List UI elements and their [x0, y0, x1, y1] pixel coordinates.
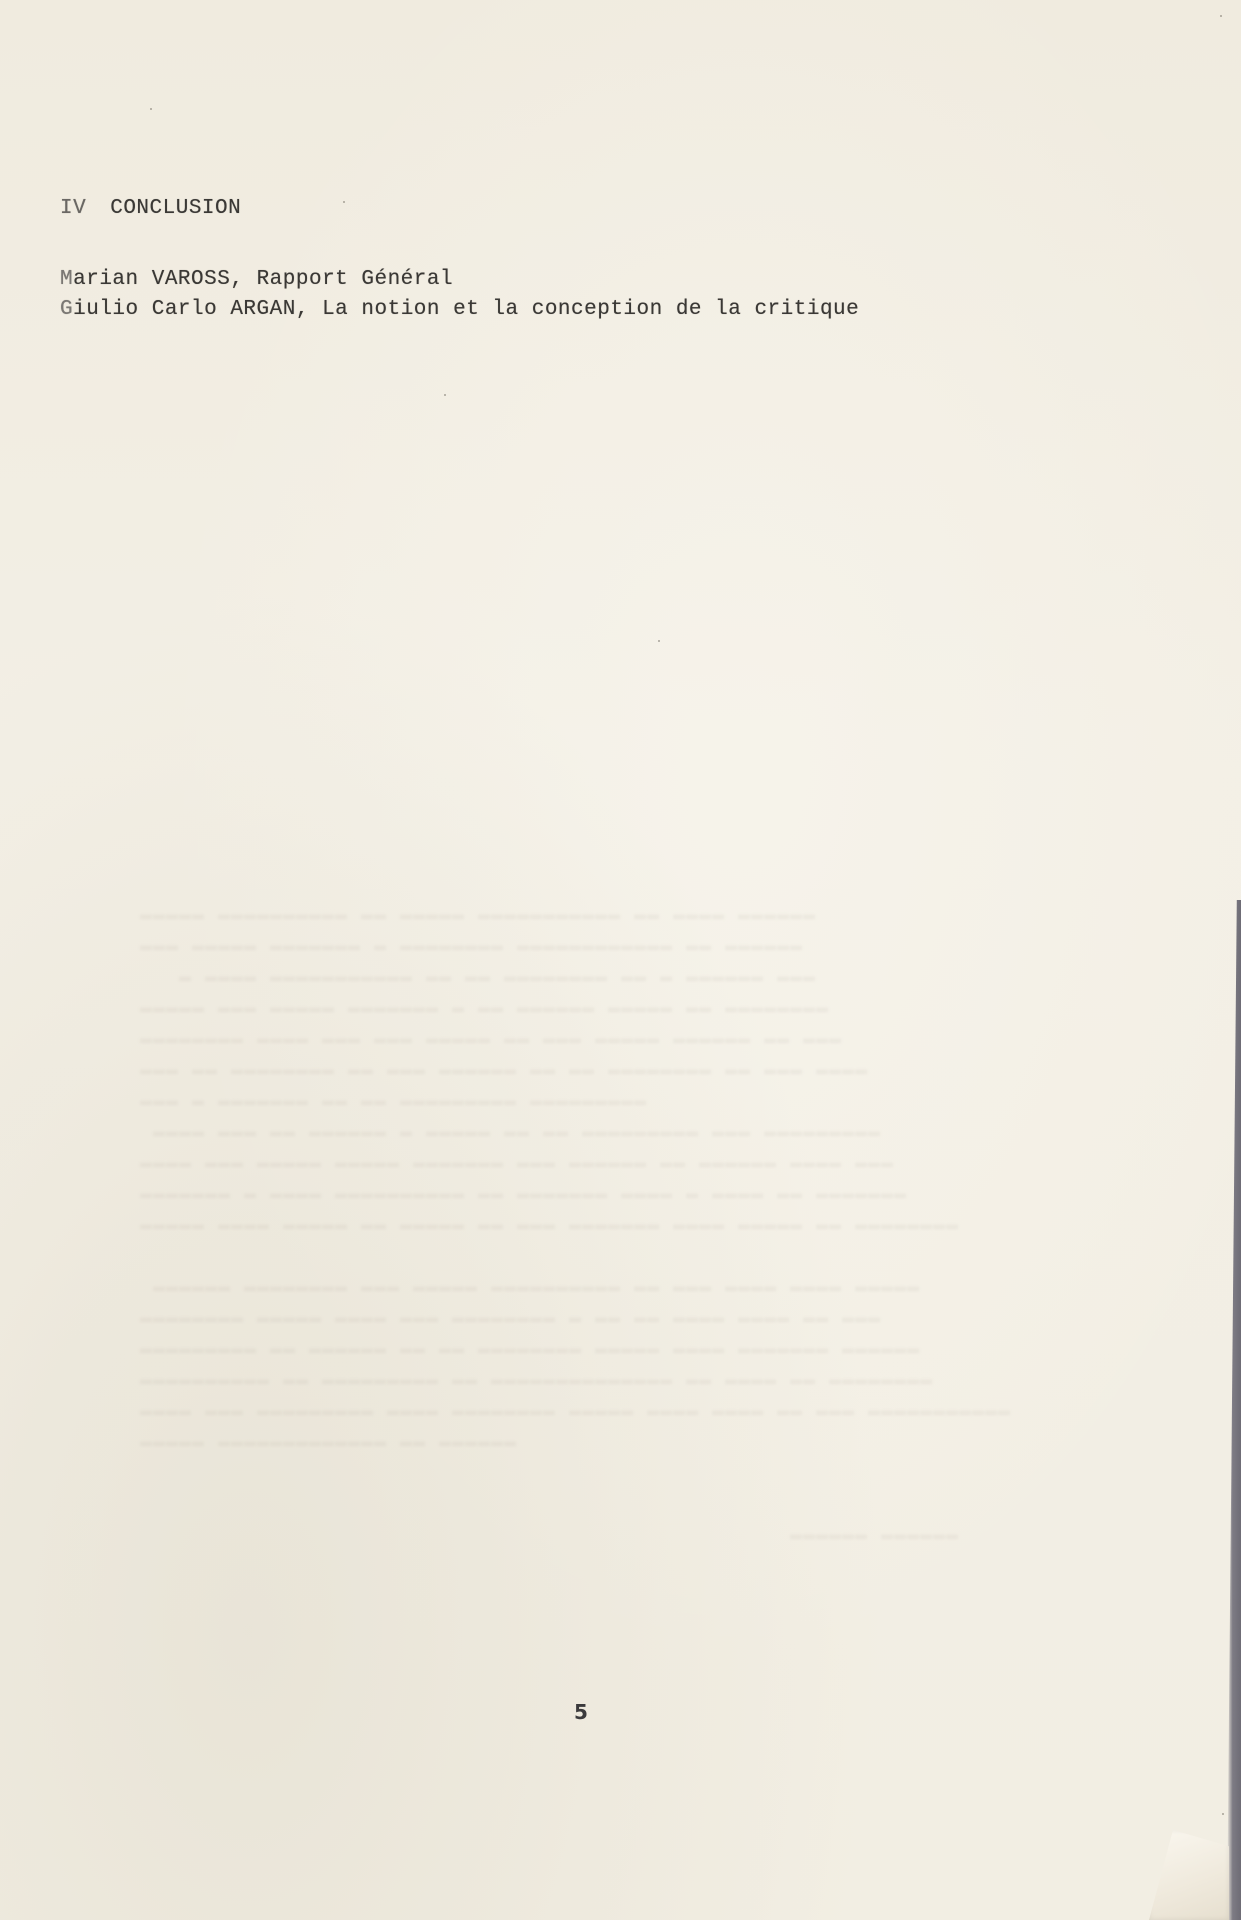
entry-title: La notion et la conception de la critiqu… [322, 298, 859, 321]
entry-author-initial: G [60, 298, 73, 321]
entry-author: arian VAROSS [73, 268, 230, 291]
folded-corner [1149, 1830, 1229, 1920]
paper-speck [1220, 15, 1222, 17]
paper-speck [444, 394, 446, 396]
paper-speck [1222, 1813, 1224, 1815]
paper-speck [343, 201, 345, 203]
entry-author-initial: M [60, 268, 73, 291]
section-title: CONCLUSION [110, 197, 241, 220]
paper-speck [150, 108, 152, 110]
entry-title: Rapport Général [257, 268, 454, 291]
page-edge-shadow [1227, 900, 1241, 1920]
section-number: IV [60, 197, 86, 220]
scanned-page: ▬▬▬▬▬ ▬▬▬▬▬▬▬▬▬▬ ▬▬ ▬▬▬▬▬ ▬▬▬▬▬▬▬▬▬▬▬ ▬▬… [0, 0, 1241, 1920]
entry-separator: , [296, 298, 322, 321]
contents-entry: Marian VAROSS, Rapport Général [60, 268, 453, 291]
entry-author: iulio Carlo ARGAN [73, 298, 296, 321]
bleed-through-text: ▬▬▬▬▬ ▬▬▬▬▬▬▬▬▬▬ ▬▬ ▬▬▬▬▬ ▬▬▬▬▬▬▬▬▬▬▬ ▬▬… [140, 900, 1010, 1551]
entry-separator: , [230, 268, 256, 291]
page-number: 5 [574, 1700, 588, 1724]
contents-entry: Giulio Carlo ARGAN, La notion et la conc… [60, 298, 859, 321]
section-heading: IVCONCLUSION [60, 197, 241, 220]
paper-speck [658, 640, 660, 642]
